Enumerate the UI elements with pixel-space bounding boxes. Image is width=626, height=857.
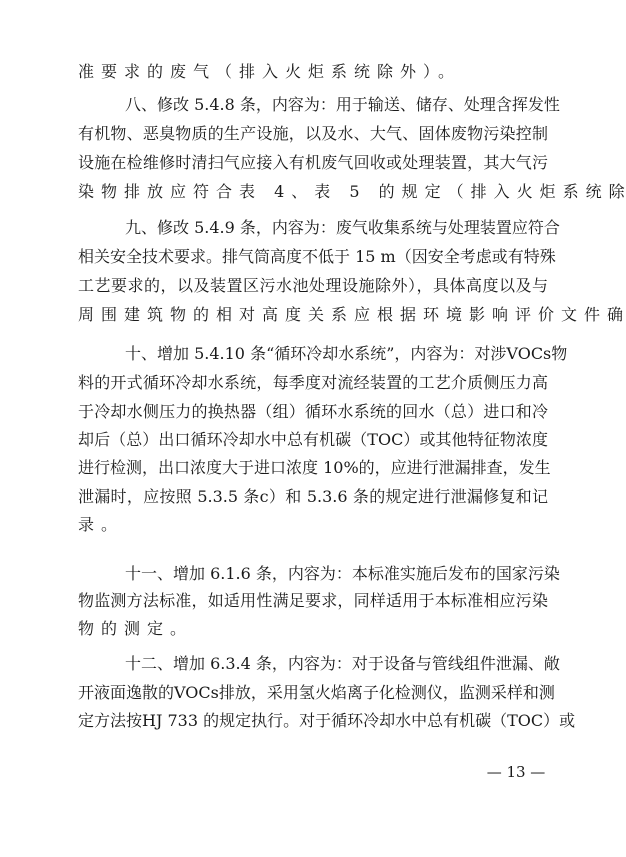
paragraph-line: 八、修改 5.4.8 条，内容为：用于输送、储存、处理含挥发性 <box>125 95 548 115</box>
paragraph-line: 物监测方法标准，如适用性满足要求，同样适用于本标准相应污染 <box>78 591 548 611</box>
paragraph-line: 十二、增加 6.3.4 条，内容为：对于设备与管线组件泄漏、敞 <box>125 654 548 674</box>
paragraph-line: 物的测定。 <box>78 619 548 639</box>
paragraph-line: 十一、增加 6.1.6 条，内容为：本标准实施后发布的国家污染 <box>125 564 548 584</box>
paragraph-line: 工艺要求的，以及装置区污水池处理设施除外），具体高度以及与 <box>78 276 548 296</box>
paragraph-line: 开液面逸散的VOCs排放，采用氢火焰离子化检测仪，监测采样和测 <box>78 683 548 703</box>
paragraph-line: 十、增加 5.4.10 条“循环冷却水系统”，内容为：对涉VOCs物 <box>125 344 548 364</box>
paragraph-line: 定方法按HJ 733 的规定执行。对于循环冷却水中总有机碳（TOC）或 <box>78 711 548 731</box>
paragraph-line: 设施在检维修时清扫气应接入有机废气回收或处理装置，其大气污 <box>78 153 548 173</box>
paragraph-line: 有机物、恶臭物质的生产设施，以及水、大气、固体废物污染控制 <box>78 124 548 144</box>
paragraph-line: 料的开式循环冷却水系统，每季度对流经装置的工艺介质侧压力高 <box>78 373 548 393</box>
paragraph-line: 却后（总）出口循环冷却水中总有机碳（TOC）或其他特征物浓度 <box>78 430 548 450</box>
paragraph-line: 准要求的废气（排入火炬系统除外）。 <box>78 62 548 82</box>
page-number: — 13 — <box>483 762 549 782</box>
paragraph-line: 泄漏时，应按照 5.3.5 条c）和 5.3.6 条的规定进行泄漏修复和记 <box>78 487 548 507</box>
paragraph-line: 进行检测，出口浓度大于进口浓度 10%的，应进行泄漏排查，发生 <box>78 458 548 478</box>
paragraph-line: 染物排放应符合表 4、表 5 的规定（排入火炬系统除外）。 <box>78 182 548 202</box>
paragraph-line: 九、修改 5.4.9 条，内容为：废气收集系统与处理装置应符合 <box>125 218 548 238</box>
document-page: 准要求的废气（排入火炬系统除外）。 八、修改 5.4.8 条，内容为：用于输送、… <box>0 0 626 857</box>
paragraph-line: 周围建筑物的相对高度关系应根据环境影响评价文件确定。 <box>78 305 548 325</box>
paragraph-line: 录。 <box>78 515 548 535</box>
paragraph-line: 于冷却水侧压力的换热器（组）循环水系统的回水（总）进口和冷 <box>78 402 548 422</box>
paragraph-line: 相关安全技术要求。排气筒高度不低于 15 m（因安全考虑或有特殊 <box>78 247 548 267</box>
